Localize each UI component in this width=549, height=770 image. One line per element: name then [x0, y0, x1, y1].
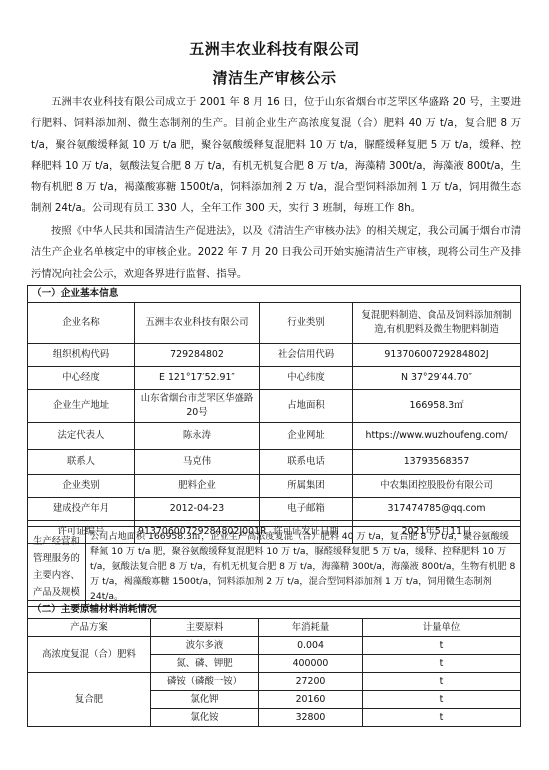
table-row: 企业名称 五洲丰农业科技有限公司 行业类别 复混肥料制造、食品及饲料添加剂制造,…: [28, 303, 521, 344]
material-cell: 氯化钾: [151, 691, 259, 709]
email-cell[interactable]: 317474785@qq.com: [353, 498, 521, 521]
column-header: 年消耗量: [259, 619, 363, 637]
label-cell: 电子邮箱: [260, 498, 353, 521]
label-cell: 企业网址: [260, 423, 353, 450]
label-cell: 联系人: [28, 450, 135, 475]
value-cell: 166958.3㎡: [353, 390, 521, 423]
amount-cell: 20160: [259, 691, 363, 709]
label-cell: 组织机构代码: [28, 344, 135, 367]
table-header-row: 产品方案 主要原料 年消耗量 计量单位: [28, 619, 521, 637]
table-row: 企业类别 肥料企业 所属集团 中农集团控股股份有限公司: [28, 475, 521, 498]
label-cell: 建成投产年月: [28, 498, 135, 521]
unit-cell: t: [363, 709, 521, 727]
unit-cell: t: [363, 673, 521, 691]
business-scope-text: 公司占地面积 166958.3㎡，企业生产高浓度复混（合）肥料 40 万 t/a…: [86, 527, 521, 607]
material-cell: 磷铵（磷酸一铵）: [151, 673, 259, 691]
basic-info-table: （一）企业基本信息 企业名称 五洲丰农业科技有限公司 行业类别 复混肥料制造、食…: [27, 285, 521, 544]
notice-title: 清洁生产审核公示: [0, 67, 549, 88]
section-title-materials: （二）主要原辅材料消耗情况: [28, 601, 521, 619]
column-header: 计量单位: [363, 619, 521, 637]
table-row: 高浓度复混（合）肥料 波尔多液 0.004 t: [28, 637, 521, 655]
table-row: 建成投产年月 2012-04-23 电子邮箱 317474785@qq.com: [28, 498, 521, 521]
value-cell: 复混肥料制造、食品及饲料添加剂制造,有机肥料及微生物肥料制造: [353, 303, 521, 344]
product-cell: 高浓度复混（合）肥料: [28, 637, 151, 673]
table-row: 法定代表人 陈永涛 企业网址 https://www.wuzhoufeng.co…: [28, 423, 521, 450]
material-cell: 波尔多液: [151, 637, 259, 655]
value-cell: 13793568357: [353, 450, 521, 475]
value-cell: 山东省烟台市芝罘区华盛路20号: [135, 390, 260, 423]
unit-cell: t: [363, 637, 521, 655]
label-cell: 法定代表人: [28, 423, 135, 450]
product-cell: 复合肥: [28, 673, 151, 727]
company-title: 五洲丰农业科技有限公司: [0, 38, 549, 59]
value-cell: 中农集团控股股份有限公司: [353, 475, 521, 498]
amount-cell: 32800: [259, 709, 363, 727]
table-row: 组织机构代码 729284802 社会信用代码 9137060072928480…: [28, 344, 521, 367]
label-cell: 所属集团: [260, 475, 353, 498]
amount-cell: 0.004: [259, 637, 363, 655]
label-cell: 中心经度: [28, 367, 135, 390]
business-scope-table: 生产经营和管理服务的主要内容、产品及规模 公司占地面积 166958.3㎡，企业…: [27, 526, 521, 607]
value-cell: 陈永涛: [135, 423, 260, 450]
value-cell: 91370600729284802J: [353, 344, 521, 367]
unit-cell: t: [363, 655, 521, 673]
value-cell: 2012-04-23: [135, 498, 260, 521]
website-cell[interactable]: https://www.wuzhoufeng.com/: [353, 423, 521, 450]
material-cell: 氮、磷、钾肥: [151, 655, 259, 673]
label-cell: 行业类别: [260, 303, 353, 344]
table-row: 企业生产地址 山东省烟台市芝罘区华盛路20号 占地面积 166958.3㎡: [28, 390, 521, 423]
label-cell: 企业类别: [28, 475, 135, 498]
value-cell: 马克伟: [135, 450, 260, 475]
value-cell: E 121°17′52.91″: [135, 367, 260, 390]
material-cell: 氯化铵: [151, 709, 259, 727]
section-title-basic-info: （一）企业基本信息: [28, 286, 521, 303]
label-cell: 企业生产地址: [28, 390, 135, 423]
label-cell: 中心纬度: [260, 367, 353, 390]
label-cell: 联系电话: [260, 450, 353, 475]
label-cell: 社会信用代码: [260, 344, 353, 367]
materials-table: （二）主要原辅材料消耗情况 产品方案 主要原料 年消耗量 计量单位 高浓度复混（…: [27, 600, 521, 727]
amount-cell: 400000: [259, 655, 363, 673]
column-header: 主要原料: [151, 619, 259, 637]
amount-cell: 27200: [259, 673, 363, 691]
legal-basis-paragraph: 按照《中华人民共和国清洁生产促进法》，以及《清洁生产审核办法》的相关规定，我公司…: [31, 221, 521, 285]
value-cell: N 37°29′44.70″: [353, 367, 521, 390]
column-header: 产品方案: [28, 619, 151, 637]
unit-cell: t: [363, 691, 521, 709]
intro-paragraph: 五洲丰农业科技有限公司成立于 2001 年 8 月 16 日，位于山东省烟台市芝…: [31, 92, 521, 220]
value-cell: 肥料企业: [135, 475, 260, 498]
table-row: 复合肥 磷铵（磷酸一铵） 27200 t: [28, 673, 521, 691]
label-cell: 占地面积: [260, 390, 353, 423]
business-scope-label: 生产经营和管理服务的主要内容、产品及规模: [28, 527, 86, 607]
table-row: 中心经度 E 121°17′52.91″ 中心纬度 N 37°29′44.70″: [28, 367, 521, 390]
value-cell: 729284802: [135, 344, 260, 367]
label-cell: 企业名称: [28, 303, 135, 344]
table-row: 联系人 马克伟 联系电话 13793568357: [28, 450, 521, 475]
value-cell: 五洲丰农业科技有限公司: [135, 303, 260, 344]
